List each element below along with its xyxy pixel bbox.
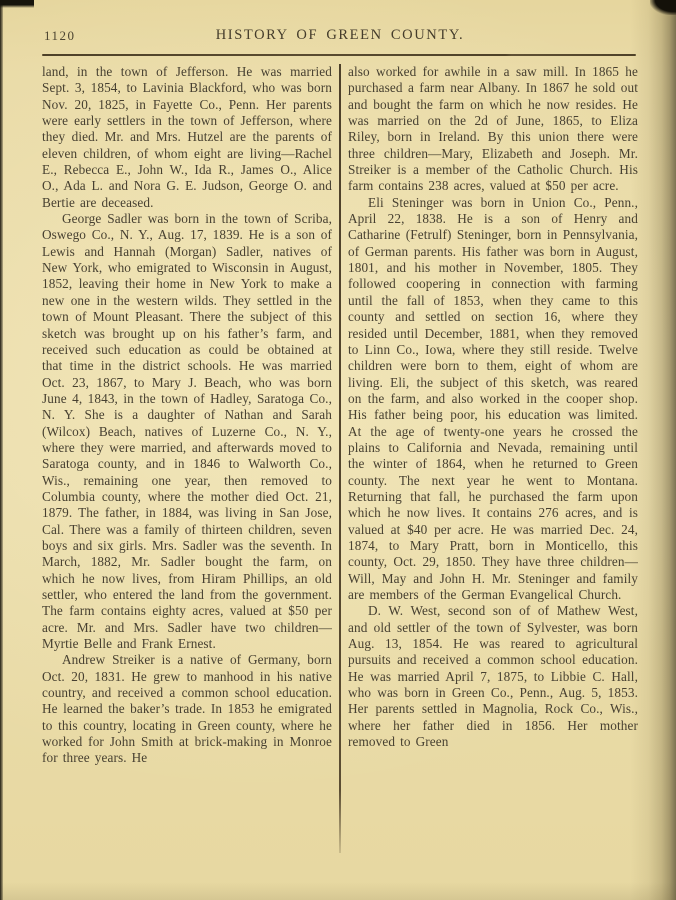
book-page: 1120 HISTORY OF GREEN COUNTY. land, in t… <box>0 0 676 900</box>
paragraph: Eli Steninger was born in Union Co., Pen… <box>348 195 638 604</box>
text-columns: land, in the town of Jefferson. He was m… <box>42 64 638 853</box>
scan-mark-top-right <box>650 0 676 15</box>
paragraph: D. W. West, second son of of Mathew West… <box>348 603 638 750</box>
paragraph: George Sadler was born in the town of Sc… <box>42 211 332 652</box>
paragraph: Andrew Streiker is a native of Germany, … <box>42 652 332 766</box>
scan-edge-bottom <box>0 882 676 900</box>
column-gap <box>332 64 348 853</box>
page-title: HISTORY OF GREEN COUNTY. <box>42 26 638 44</box>
page-header: 1120 HISTORY OF GREEN COUNTY. <box>42 26 638 46</box>
scan-edge-left <box>0 0 3 900</box>
paragraph: also worked for awhile in a saw mill. In… <box>348 64 638 195</box>
left-column: land, in the town of Jefferson. He was m… <box>42 64 332 767</box>
right-column: also worked for awhile in a saw mill. In… <box>348 64 638 750</box>
column-divider-rule <box>339 64 341 853</box>
scan-mark-top-left <box>0 0 34 8</box>
scan-gutter-shadow <box>630 0 676 900</box>
paragraph: land, in the town of Jefferson. He was m… <box>42 64 332 211</box>
header-rule <box>42 54 636 56</box>
page-number: 1120 <box>44 28 76 44</box>
